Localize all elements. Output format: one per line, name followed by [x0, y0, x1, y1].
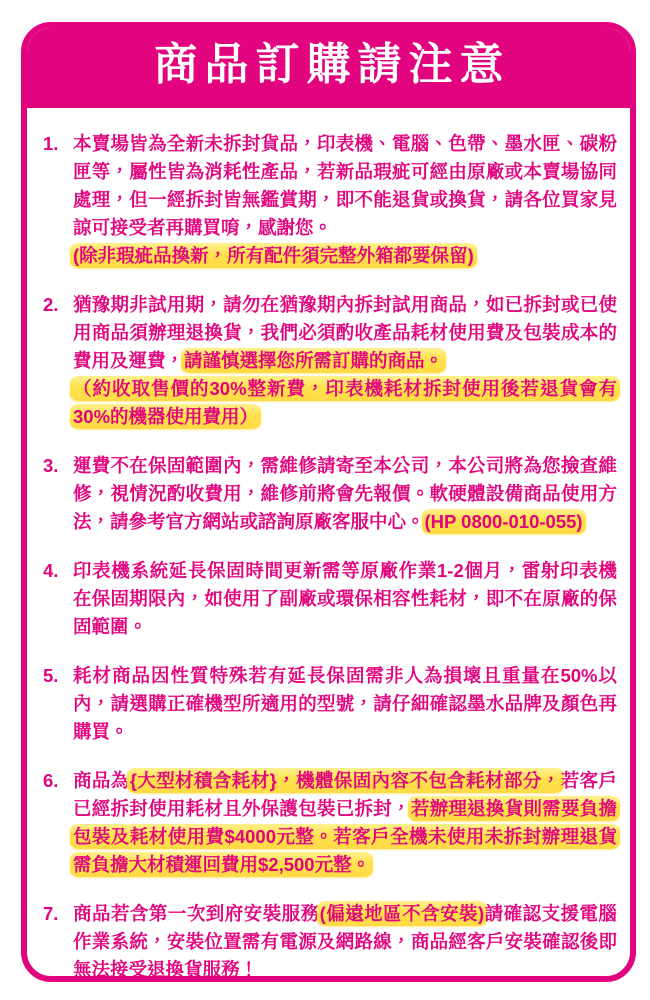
- highlighted-text: 請謹慎選擇您所需訂購的商品。: [181, 348, 446, 373]
- item-number: 1.: [43, 130, 73, 270]
- item-text: 運費不在保固範圍內，需維修請寄至本公司，本公司將為您撿查維修，視情況酌收費用，維…: [73, 452, 617, 536]
- item-number: 6.: [43, 767, 73, 879]
- highlighted-text: （約收取售價的30%整新費，印表機耗材拆封使用後若退貨會有30%的機器使用費用）: [70, 376, 620, 429]
- notice-item: 3.運費不在保固範圍內，需維修請寄至本公司，本公司將為您撿查維修，視情況酌收費用…: [43, 452, 617, 536]
- notice-item: 5.耗材商品因性質特殊若有延長保固需非人為損壞且重量在50%以內，請選購正確機型…: [43, 662, 617, 746]
- item-number: 5.: [43, 662, 73, 746]
- notice-item: 7.商品若含第一次到府安裝服務(偏遠地區不含安裝)請確認支援電腦作業系統，安裝位…: [43, 900, 617, 982]
- highlighted-text: (HP 0800-010-055): [422, 509, 586, 534]
- plain-text: 本賣場皆為全新未拆封貨品，印表機、電腦、色帶、墨水匣、碳粉匣等，屬性皆為消耗性產…: [73, 133, 617, 238]
- plain-text: 商品若含第一次到府安裝服務: [73, 903, 320, 924]
- notice-item: 1.本賣場皆為全新未拆封貨品，印表機、電腦、色帶、墨水匣、碳粉匣等，屬性皆為消耗…: [43, 130, 617, 270]
- item-number: 3.: [43, 452, 73, 536]
- item-text: 印表機系統延長保固時間更新需等原廠作業1-2個月，雷射印表機在保固期限內，如使用…: [73, 557, 617, 641]
- notice-list: 1.本賣場皆為全新未拆封貨品，印表機、電腦、色帶、墨水匣、碳粉匣等，屬性皆為消耗…: [27, 108, 630, 976]
- item-text: 猶豫期非試用期，請勿在猶豫期內拆封試用商品，如已拆封或已使用商品須辦理退換貨，我…: [73, 291, 617, 431]
- notice-item: 6.商品為{大型材積含耗材}，機體保固內容不包含耗材部分，若客戶已經拆封使用耗材…: [43, 767, 617, 879]
- item-text: 商品若含第一次到府安裝服務(偏遠地區不含安裝)請確認支援電腦作業系統，安裝位置需…: [73, 900, 617, 982]
- notice-item: 2.猶豫期非試用期，請勿在猶豫期內拆封試用商品，如已拆封或已使用商品須辦理退換貨…: [43, 291, 617, 431]
- plain-text: 印表機系統延長保固時間更新需等原廠作業1-2個月，雷射印表機在保固期限內，如使用…: [73, 560, 617, 637]
- item-text: 商品為{大型材積含耗材}，機體保固內容不包含耗材部分，若客戶已經拆封使用耗材且外…: [73, 767, 617, 879]
- highlighted-text: {大型材積含耗材}，機體保固內容不包含耗材部分，: [127, 768, 564, 793]
- item-text: 耗材商品因性質特殊若有延長保固需非人為損壞且重量在50%以內，請選購正確機型所適…: [73, 662, 617, 746]
- page-title: 商品訂購請注意: [147, 43, 511, 87]
- notice-header: 商品訂購請注意: [21, 22, 636, 108]
- highlighted-text: (除非瑕疵品換新，所有配件須完整外箱都要保留): [70, 243, 477, 268]
- plain-text: 商品為: [73, 770, 130, 791]
- item-number: 2.: [43, 291, 73, 431]
- item-number: 7.: [43, 900, 73, 982]
- plain-text: 耗材商品因性質特殊若有延長保固需非人為損壞且重量在50%以內，請選購正確機型所適…: [73, 665, 617, 742]
- item-number: 4.: [43, 557, 73, 641]
- item-text: 本賣場皆為全新未拆封貨品，印表機、電腦、色帶、墨水匣、碳粉匣等，屬性皆為消耗性產…: [73, 130, 617, 270]
- highlighted-text: (偏遠地區不含安裝): [317, 901, 488, 926]
- notice-item: 4.印表機系統延長保固時間更新需等原廠作業1-2個月，雷射印表機在保固期限內，如…: [43, 557, 617, 641]
- notice-card: 商品訂購請注意 1.本賣場皆為全新未拆封貨品，印表機、電腦、色帶、墨水匣、碳粉匣…: [21, 22, 636, 982]
